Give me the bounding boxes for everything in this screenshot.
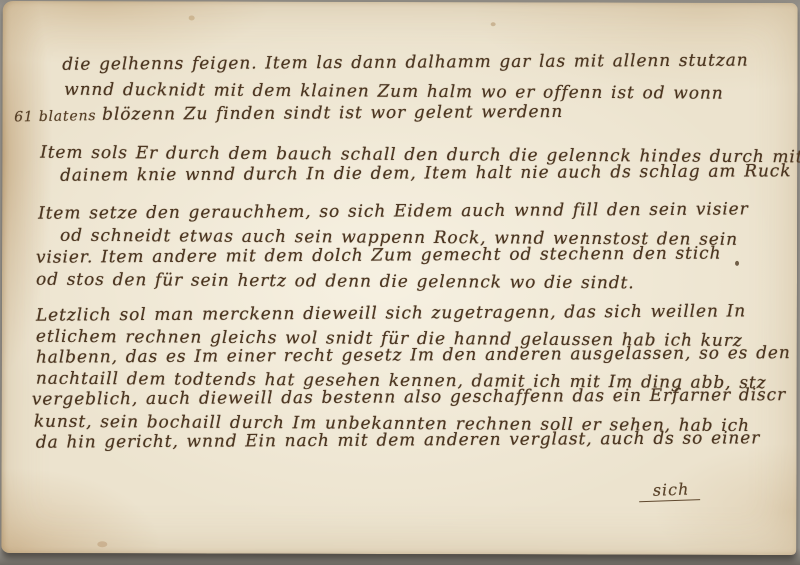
manuscript-line: vergeblich, auch dieweill das bestenn al… bbox=[32, 384, 786, 411]
manuscript-page: die gelhenns feigen. Item las dann dalha… bbox=[1, 1, 797, 555]
manuscript-line: Item setze den gerauchhem, so sich Eidem… bbox=[38, 198, 749, 224]
catchword: sich bbox=[638, 479, 699, 502]
manuscript-line: halbenn, das es Im einer recht gesetz Im… bbox=[36, 342, 791, 369]
manuscript-line: wnnd ducknidt mit dem klainen Zum halm w… bbox=[64, 79, 724, 105]
manuscript-line: da hin gericht, wnnd Ein nach mit dem an… bbox=[36, 427, 760, 453]
photo-background: die gelhenns feigen. Item las dann dalha… bbox=[0, 0, 800, 565]
manuscript-line: blözenn Zu finden sindt ist wor gelent w… bbox=[102, 101, 563, 126]
manuscript-line: Letzlich sol man merckenn dieweill sich … bbox=[36, 300, 746, 326]
manuscript-line: die gelhenns feigen. Item las dann dalha… bbox=[62, 50, 749, 76]
manuscript-text: die gelhenns feigen. Item las dann dalha… bbox=[2, 2, 797, 555]
manuscript-line: dainem knie wnnd durch In die dem, Item … bbox=[60, 160, 791, 186]
manuscript-line: visier. Item andere mit dem dolch Zum ge… bbox=[36, 242, 722, 268]
margin-note: 61 blatens bbox=[14, 108, 96, 125]
manuscript-line: od stos den für sein hertz od denn die g… bbox=[36, 269, 635, 295]
